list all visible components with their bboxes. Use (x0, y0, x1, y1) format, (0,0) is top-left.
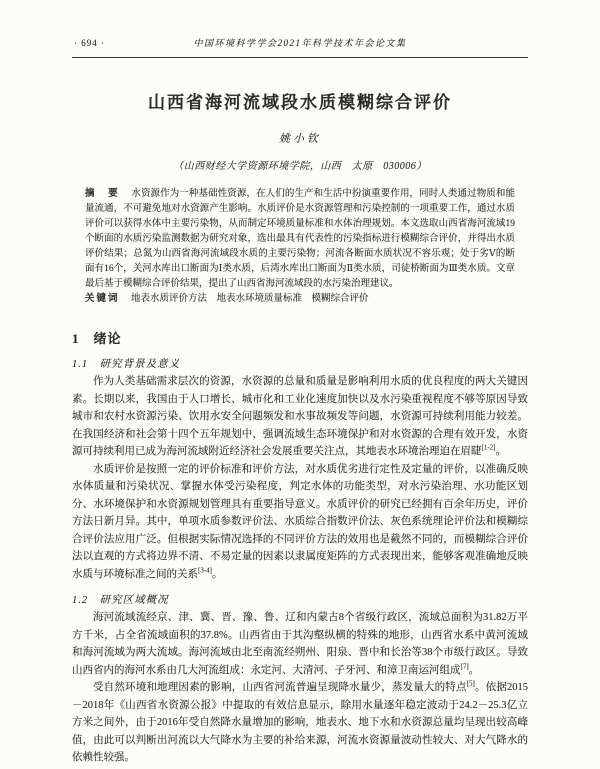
abstract-label: 摘 要 (85, 189, 131, 199)
keywords-block: 关键词地表水质评价方法 地表水环境质量标准 模糊综合评价 (85, 292, 515, 307)
author-name: 姚小钦 (72, 130, 528, 146)
citation-ref: [1-2] (482, 444, 496, 452)
section-heading: 1 绪论 (72, 328, 528, 347)
article-body: 1 绪论1.1 研究背景及意义作为人类基础需求层次的资源，水资源的总量和质量是影… (72, 328, 528, 767)
body-paragraph: 作为人类基础需求层次的资源，水资源的总量和质量是影响利用水质的优良程度的两大关键… (72, 373, 528, 461)
paper-page: · 694 · 中国环境科学学会2021年科学技术年会论文集 山西省海河流域段水… (0, 0, 600, 769)
subsection-heading: 1.2 研究区域概况 (72, 592, 528, 607)
keywords-label: 关键词 (85, 294, 131, 304)
running-head: · 694 · 中国环境科学学会2021年科学技术年会论文集 (72, 36, 528, 50)
paper-title: 山西省海河流域段水质模糊综合评价 (72, 88, 528, 113)
body-paragraph: 海河流域流经京、津、冀、晋、豫、鲁、辽和内蒙古8个省级行政区，流域总面积为31.… (72, 609, 528, 679)
header-rule (72, 57, 528, 58)
body-paragraph: 水质评价是按照一定的评价标准和评价方法，对水质优劣进行定性及定量的评价，以准确反… (72, 461, 528, 584)
keywords-text: 地表水质评价方法 地表水环境质量标准 模糊综合评价 (131, 294, 369, 304)
abstract-text: 水资源作为一种基础性资源，在人们的生产和生活中扮演重要作用，同时人类通过物质和能… (85, 189, 515, 289)
proceedings-title: 中国环境科学学会2021年科学技术年会论文集 (72, 36, 528, 50)
abstract-block: 摘 要水资源作为一种基础性资源，在人们的生产和生活中扮演重要作用，同时人类通过物… (85, 187, 515, 292)
citation-ref: [3-4] (198, 566, 212, 574)
citation-ref: [7] (461, 662, 469, 670)
page-number: · 694 · (74, 36, 105, 50)
subsection-heading: 1.1 研究背景及意义 (72, 356, 528, 371)
affiliation: （山西财经大学资源环境学院，山西 太原 030006） (72, 157, 528, 172)
body-paragraph: 受自然环境和地理因素的影响，山西省河流普遍呈现降水量少，蒸发量大的特点[5]。依… (72, 679, 528, 767)
citation-ref: [5] (467, 680, 475, 688)
